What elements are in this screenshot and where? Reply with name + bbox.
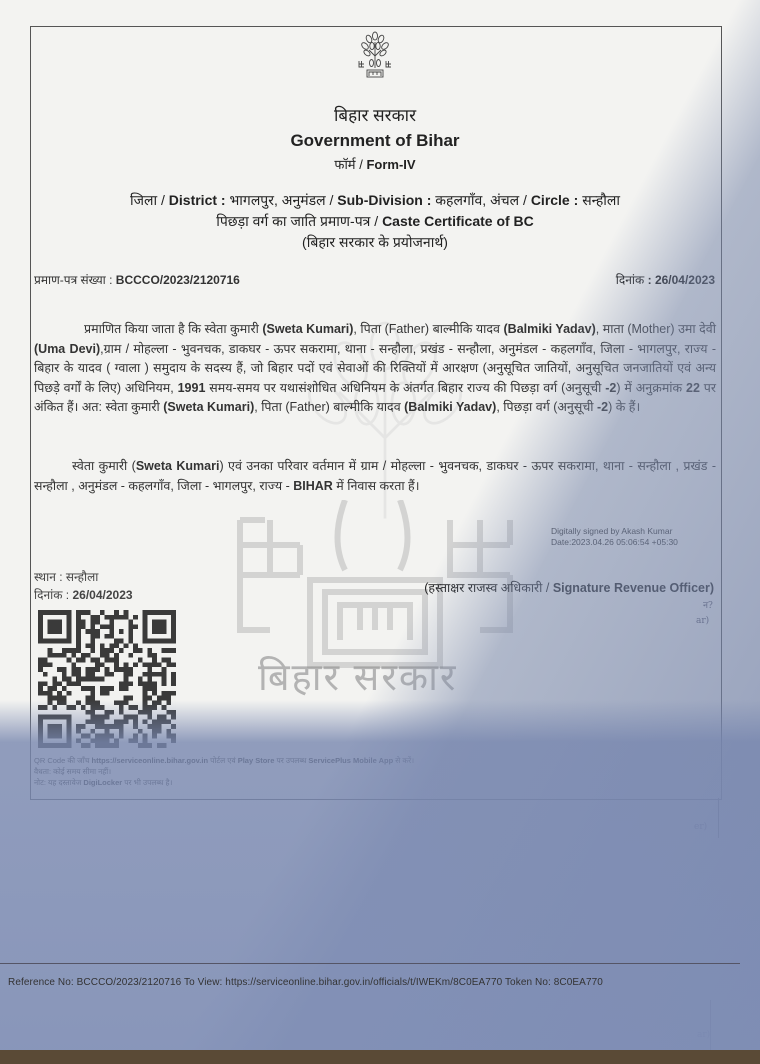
residence-paragraph: स्वेता कुमारी (Sweta Kumari) एवं उनका पर… (34, 457, 716, 496)
certificate-number: प्रमाण-पत्र संख्या : BCCCO/2023/2120716 (34, 271, 240, 288)
form-hindi: फॉर्म (334, 157, 355, 172)
certificate-title: पिछड़ा वर्ग का जाति प्रमाण-पत्र / Caste … (30, 212, 720, 231)
place-value: सन्हौला (66, 570, 98, 584)
border-bleed (718, 798, 719, 838)
header-hindi-title: बिहार सरकार (30, 103, 720, 126)
circle-value: सन्हौला (582, 192, 620, 208)
district-value: भागलपुर (229, 192, 274, 208)
location-line: जिला / District : भागलपुर, अनुमंडल / Sub… (30, 191, 720, 210)
header-english-title: Government of Bihar (30, 131, 720, 151)
border-bleed-2 (710, 1000, 711, 1050)
form-number: फॉर्म / Form-IV (30, 155, 720, 173)
certificate-paper: बिहार सरकार बिहार सरकार Government of Bi… (0, 0, 760, 1050)
place-and-date: स्थान : सन्हौला दिनांक : 26/04/2023 (34, 568, 133, 604)
subdivision-value: कहलगाँव (435, 192, 482, 208)
service-url-link[interactable]: https://serviceonline.bihar.gov.in (92, 756, 209, 765)
bihar-emblem-icon (345, 30, 405, 78)
form-english: Form-IV (366, 157, 415, 172)
certification-paragraph: प्रमाणित किया जाता है कि स्वेता कुमारी (… (34, 320, 716, 418)
fold-line (0, 963, 740, 964)
certificate-purpose: (बिहार सरकार के प्रयोजनार्थ) (30, 233, 720, 252)
place-date-value: 26/04/2023 (72, 588, 132, 602)
reference-footer: Reference No: BCCCO/2023/2120716 To View… (8, 977, 603, 988)
qr-code[interactable] (38, 610, 176, 748)
signature-revenue-officer: (हस्ताक्षर राजस्व अधिकारी / Signature Re… (424, 579, 714, 596)
digital-signature: Digitally signed by Akash Kumar Date:202… (551, 526, 678, 548)
certificate-date: दिनांक : 26/04/2023 (616, 271, 715, 288)
qr-verification-note: QR Code की जाँच https://serviceonline.bi… (34, 755, 414, 788)
